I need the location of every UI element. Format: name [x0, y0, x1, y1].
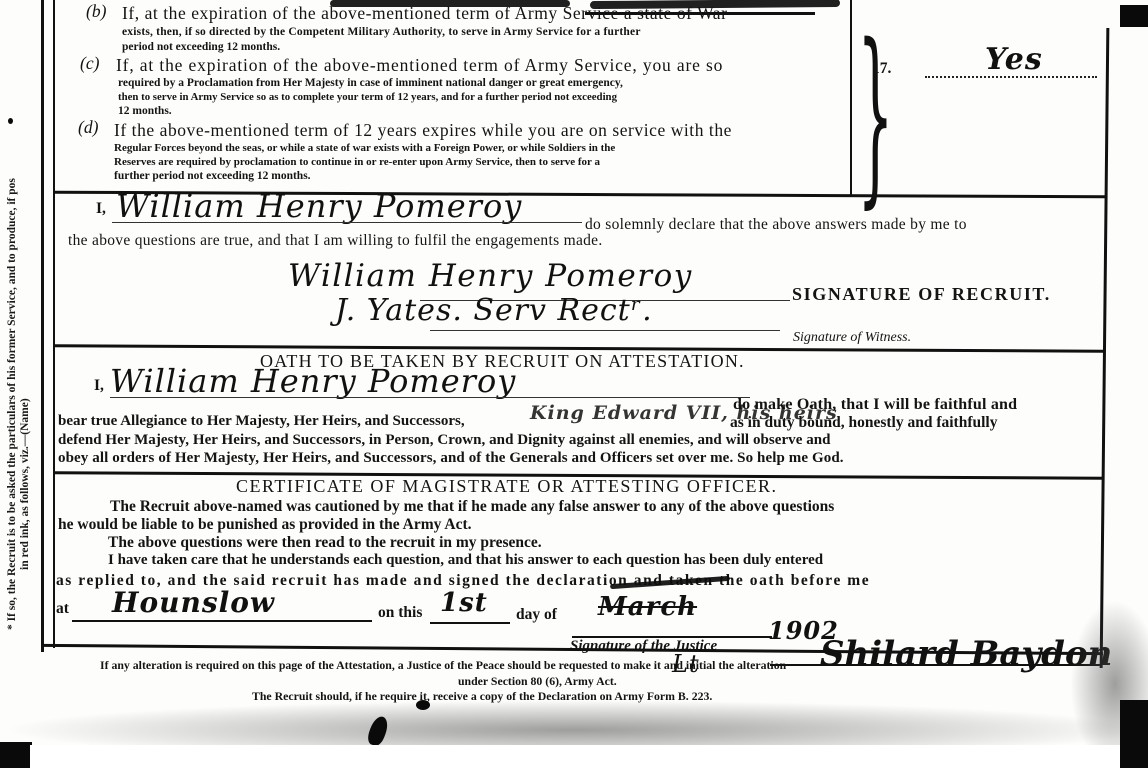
witness-signature-label: Signature of Witness. [793, 330, 911, 346]
clause-c-line1: If, at the expiration of the above-menti… [116, 56, 723, 75]
certificate-heading: CERTIFICATE OF MAGISTRATE OR ATTESTING O… [236, 476, 777, 497]
witness-signature: J. Yates. Serv Rectʳ. [335, 293, 653, 328]
justice-signature-line [770, 664, 1100, 666]
clause-d-line2: Regular Forces beyond the seas, or while… [114, 142, 615, 155]
clause-c-line3: then to serve in Army Service so as to c… [118, 91, 617, 104]
ink-dot [8, 118, 13, 124]
clause-d-line4: further period not exceeding 12 months. [114, 170, 311, 183]
footer-line1: If any alteration is required on this pa… [100, 658, 786, 673]
declaration-line2: the above questions are true, and that I… [68, 232, 603, 249]
place-line [72, 620, 372, 622]
declaration-name-line [112, 222, 582, 223]
at-label: at [56, 600, 69, 617]
ink-blot-2 [416, 700, 430, 710]
clause-c-marker: (c) [80, 54, 99, 73]
recruit-signature: William Henry Pomeroy [288, 258, 693, 294]
declaration-line1-suffix: do solemnly declare that the above answe… [585, 216, 967, 233]
on-this-label: on this [378, 604, 422, 621]
clause-d-line3: Reserves are required by proclamation to… [114, 156, 600, 169]
clause-c-line2: required by a Proclamation from Her Maje… [118, 77, 623, 90]
margin-note-line1: * If so, the Recruit is to be asked the … [6, 0, 19, 630]
margin-note-line2: in red ink, as follows, viz.—(Name) [19, 0, 32, 630]
attestation-place: Hounslow [112, 586, 275, 619]
clause-d-marker: (d) [78, 118, 98, 137]
corner-blot [1120, 5, 1148, 27]
oath-name-line [110, 397, 750, 398]
witness-signature-line [430, 330, 780, 331]
margin-note: * If so, the Recruit is to be asked the … [6, 0, 32, 630]
oath-line2: bear true Allegiance to Her Majesty, Her… [58, 413, 465, 430]
declaration-prefix: I, [96, 200, 106, 217]
declaration-name: William Henry Pomeroy [116, 187, 522, 225]
oath-line4: obey all orders of Her Majesty, Her Heir… [58, 450, 844, 467]
oath-prefix: I, [94, 377, 104, 394]
frame-left-inner [53, 0, 55, 648]
oath-line2-end: as in duty bound, honestly and faithfull… [730, 414, 997, 431]
clause-d-line1: If the above-mentioned term of 12 years … [114, 121, 732, 140]
oath-name: William Henry Pomeroy [110, 362, 516, 400]
question-17-answer: Yes [985, 42, 1043, 77]
day-line [430, 622, 510, 624]
day-of-label: day of [516, 606, 557, 623]
attestation-page: * If so, the Recruit is to be asked the … [0, 0, 1148, 768]
certificate-line2: he would be liable to be punished as pro… [58, 516, 472, 533]
clause-brace: } [857, 20, 893, 210]
footer-line2: under Section 80 (6), Army Act. [458, 674, 617, 689]
corner-black-right [1120, 700, 1148, 768]
clause-b-line3: period not exceeding 12 months. [122, 41, 280, 54]
oath-line3: defend Her Majesty, Her Heirs, and Succe… [58, 432, 831, 449]
clause-box-right [850, 0, 852, 195]
clause-b-line2: exists, then, if so directed by the Comp… [122, 26, 641, 39]
recruit-signature-label: SIGNATURE OF RECRUIT. [792, 284, 1051, 305]
attestation-day: 1st [440, 588, 488, 618]
certificate-line3: The above questions were then read to th… [108, 534, 542, 551]
frame-right [1100, 28, 1110, 668]
frame-left-outer [41, 0, 44, 652]
question-17-number: 17. [872, 60, 891, 77]
scan-edge [30, 745, 1120, 768]
corner-black-left [0, 742, 32, 768]
clause-b-marker: (b) [86, 2, 106, 21]
clause-b-line1: If, at the expiration of the above-menti… [122, 4, 727, 23]
attestation-month: March [598, 592, 697, 622]
clause-c-line4: 12 months. [118, 105, 172, 118]
certificate-line4: I have taken care that he understands ea… [108, 552, 823, 569]
certificate-line1: The Recruit above-named was cautioned by… [110, 498, 834, 515]
